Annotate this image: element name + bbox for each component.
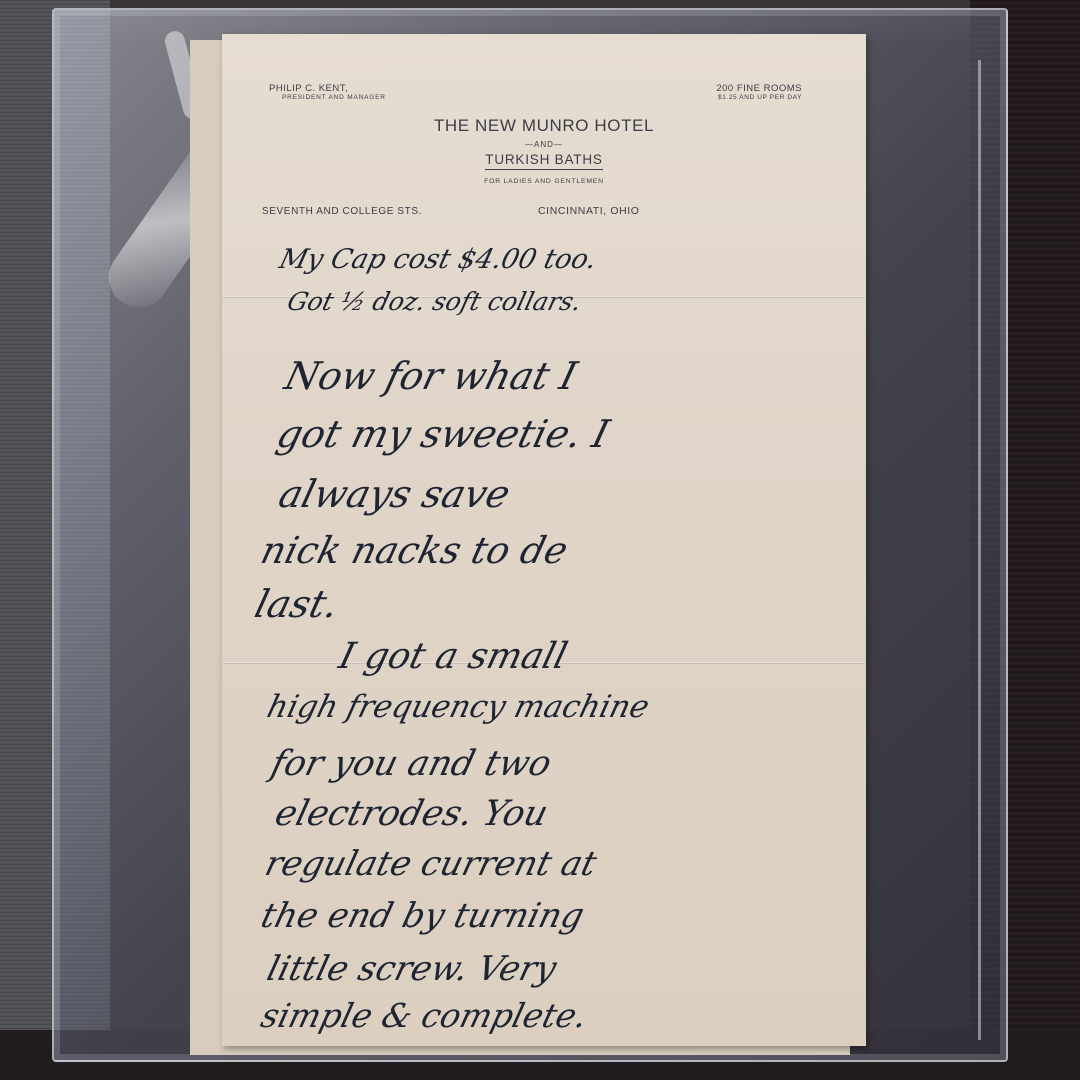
- handwritten-line: I got a small: [335, 636, 572, 677]
- street-address: SEVENTH AND COLLEGE STS.: [262, 206, 422, 217]
- handwritten-line: electrodes. You: [271, 794, 552, 834]
- room-rate: $1.25 AND UP PER DAY: [718, 94, 802, 101]
- sleeve-edge: [978, 60, 981, 1040]
- turkish-baths-text: TURKISH BATHS: [485, 152, 602, 170]
- turkish-baths-heading: TURKISH BATHS: [222, 152, 866, 167]
- handwritten-line: got my sweetie. I: [273, 412, 614, 456]
- handwritten-line: the end by turning: [257, 896, 588, 936]
- handwritten-line: last.: [251, 582, 344, 626]
- clientele-line: FOR LADIES AND GENTLEMEN: [222, 178, 866, 185]
- handwritten-line: little screw. Very: [263, 949, 560, 989]
- and-separator: —AND—: [222, 140, 866, 149]
- handwritten-line: My Cap cost $4.00 too.: [276, 244, 600, 275]
- rooms-count: 200 FINE ROOMS: [716, 83, 802, 94]
- handwritten-line: high frequency machine: [264, 689, 653, 725]
- handwritten-line: always save: [275, 472, 515, 516]
- handwritten-line: simple & complete.: [257, 996, 591, 1035]
- city-address: CINCINNATI, OHIO: [538, 205, 640, 217]
- letter-sheet: PHILIP C. KENT, PRESIDENT AND MANAGER 20…: [222, 34, 866, 1046]
- proprietor-name: PHILIP C. KENT,: [269, 83, 348, 94]
- handwritten-line: Got ½ doz. soft collars.: [284, 287, 584, 316]
- handwritten-line: for you and two: [267, 744, 555, 784]
- proprietor-role: PRESIDENT AND MANAGER: [282, 94, 386, 101]
- handwritten-line: Now for what I: [281, 354, 582, 398]
- handwritten-line: regulate current at: [261, 844, 601, 884]
- handwritten-line: nick nacks to de: [257, 529, 573, 572]
- hotel-name: THE NEW MUNRO HOTEL: [222, 116, 866, 136]
